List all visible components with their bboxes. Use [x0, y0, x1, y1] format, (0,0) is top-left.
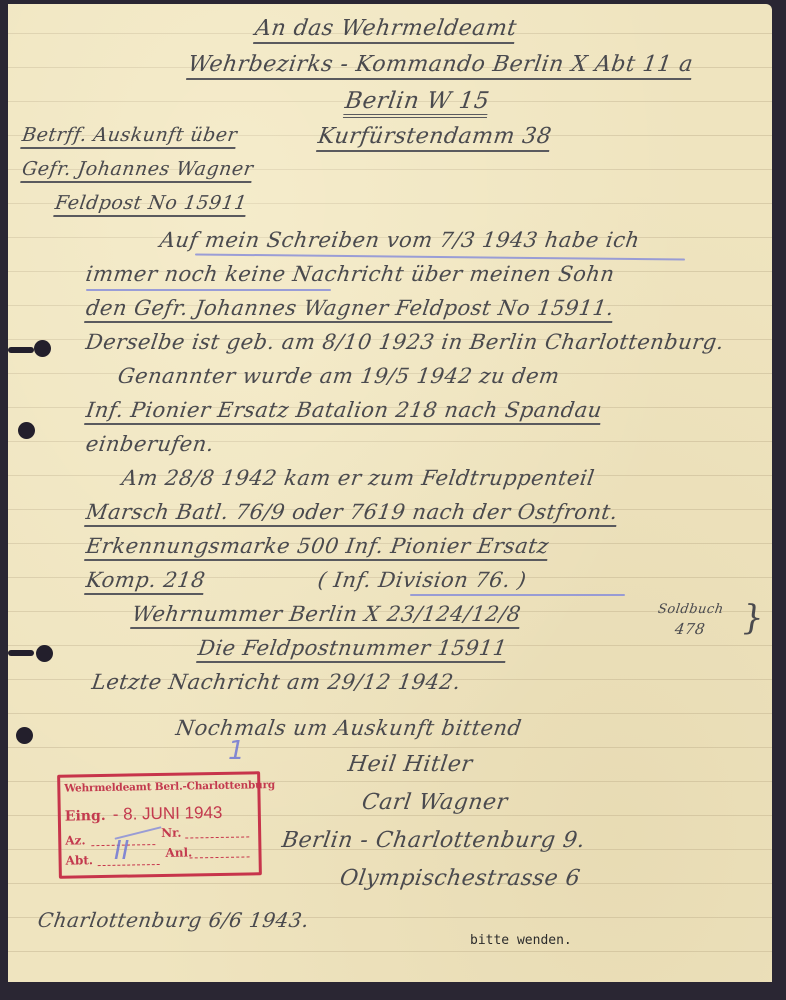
place-date: Charlottenburg 6/6 1943. [36, 908, 310, 932]
body-line: Auf mein Schreiben vom 7/3 1943 habe ich [158, 228, 641, 252]
stamp-field-anl: Anl. [165, 845, 192, 859]
stamp-office: Wehrmeldeamt Berl.-Charlottenburg [64, 779, 275, 795]
blue-pencil-top-mark: 1 [228, 736, 245, 766]
closing-greeting: Heil Hitler [346, 752, 474, 777]
signature: Carl Wagner [360, 790, 509, 815]
received-stamp: Wehrmeldeamt Berl.-Charlottenburg Eing. … [57, 771, 262, 879]
body-line: Wehrnummer Berlin X 23/124/12/8 [130, 602, 522, 629]
address-line-3: Berlin W 15 [343, 88, 491, 118]
blue-pencil-abt-mark: II [114, 836, 129, 866]
subject-line-1: Betrff. Auskunft über [20, 124, 239, 149]
body-line: Komp. 218 [84, 568, 207, 595]
subject-line-2: Gefr. Johannes Wagner [20, 158, 255, 183]
body-line: Letzte Nachricht am 29/12 1942. [90, 670, 462, 694]
stamp-field-abt: Abt. [65, 853, 93, 867]
subject-line-3: Feldpost No 15911 [53, 192, 248, 217]
address-line-4: Kurfürstendamm 38 [316, 124, 553, 152]
stamp-received-label: Eing. [65, 808, 106, 825]
punch-hole [18, 422, 35, 439]
address-line-1: An das Wehrmeldeamt [253, 16, 518, 44]
body-line: Inf. Pionier Ersatz Batalion 218 nach Sp… [84, 398, 604, 425]
body-line: ( Inf. Division 76. ) [316, 568, 528, 592]
punch-hole-tear [8, 650, 34, 656]
stamp-field-nr: Nr. [161, 826, 182, 840]
sender-address-line-2: Olympischestrasse 6 [338, 866, 582, 891]
blue-pencil-underline [410, 594, 625, 596]
blue-pencil-underline [86, 289, 331, 291]
sender-address-line-1: Berlin - Charlottenburg 9. [280, 828, 587, 853]
stamp-received-date: - 8. JUNI 1943 [113, 803, 223, 825]
punch-hole [36, 645, 53, 662]
body-line: Genannter wurde am 19/5 1942 zu dem [116, 364, 561, 388]
margin-note-line-2: 478 [674, 620, 707, 638]
body-line: immer noch keine Nachricht über meinen S… [84, 262, 616, 286]
margin-note-line-1: Soldbuch [657, 602, 725, 617]
punch-hole [16, 727, 33, 744]
punch-hole-tear [8, 347, 34, 353]
body-line: Am 28/8 1942 kam er zum Feldtruppenteil [120, 466, 596, 490]
body-line: den Gefr. Johannes Wagner Feldpost No 15… [84, 296, 616, 323]
stamp-field-line [190, 856, 250, 858]
stamp-field-line [185, 836, 249, 838]
body-line: Die Feldpostnummer 15911 [196, 636, 509, 663]
closing-line: Nochmals um Auskunft bittend [174, 716, 523, 740]
body-line: Marsch Batl. 76/9 oder 7619 nach der Ost… [84, 500, 619, 527]
body-line: Derselbe ist geb. am 8/10 1923 in Berlin… [84, 330, 725, 354]
stamp-field-az: Az. [65, 833, 86, 847]
typed-note: bitte wenden. [470, 933, 572, 948]
body-line: Erkennungsmarke 500 Inf. Pionier Ersatz [84, 534, 550, 561]
address-line-2: Wehrbezirks - Kommando Berlin X Abt 11 a [186, 52, 695, 80]
punch-hole [34, 340, 51, 357]
body-line: einberufen. [84, 432, 215, 456]
